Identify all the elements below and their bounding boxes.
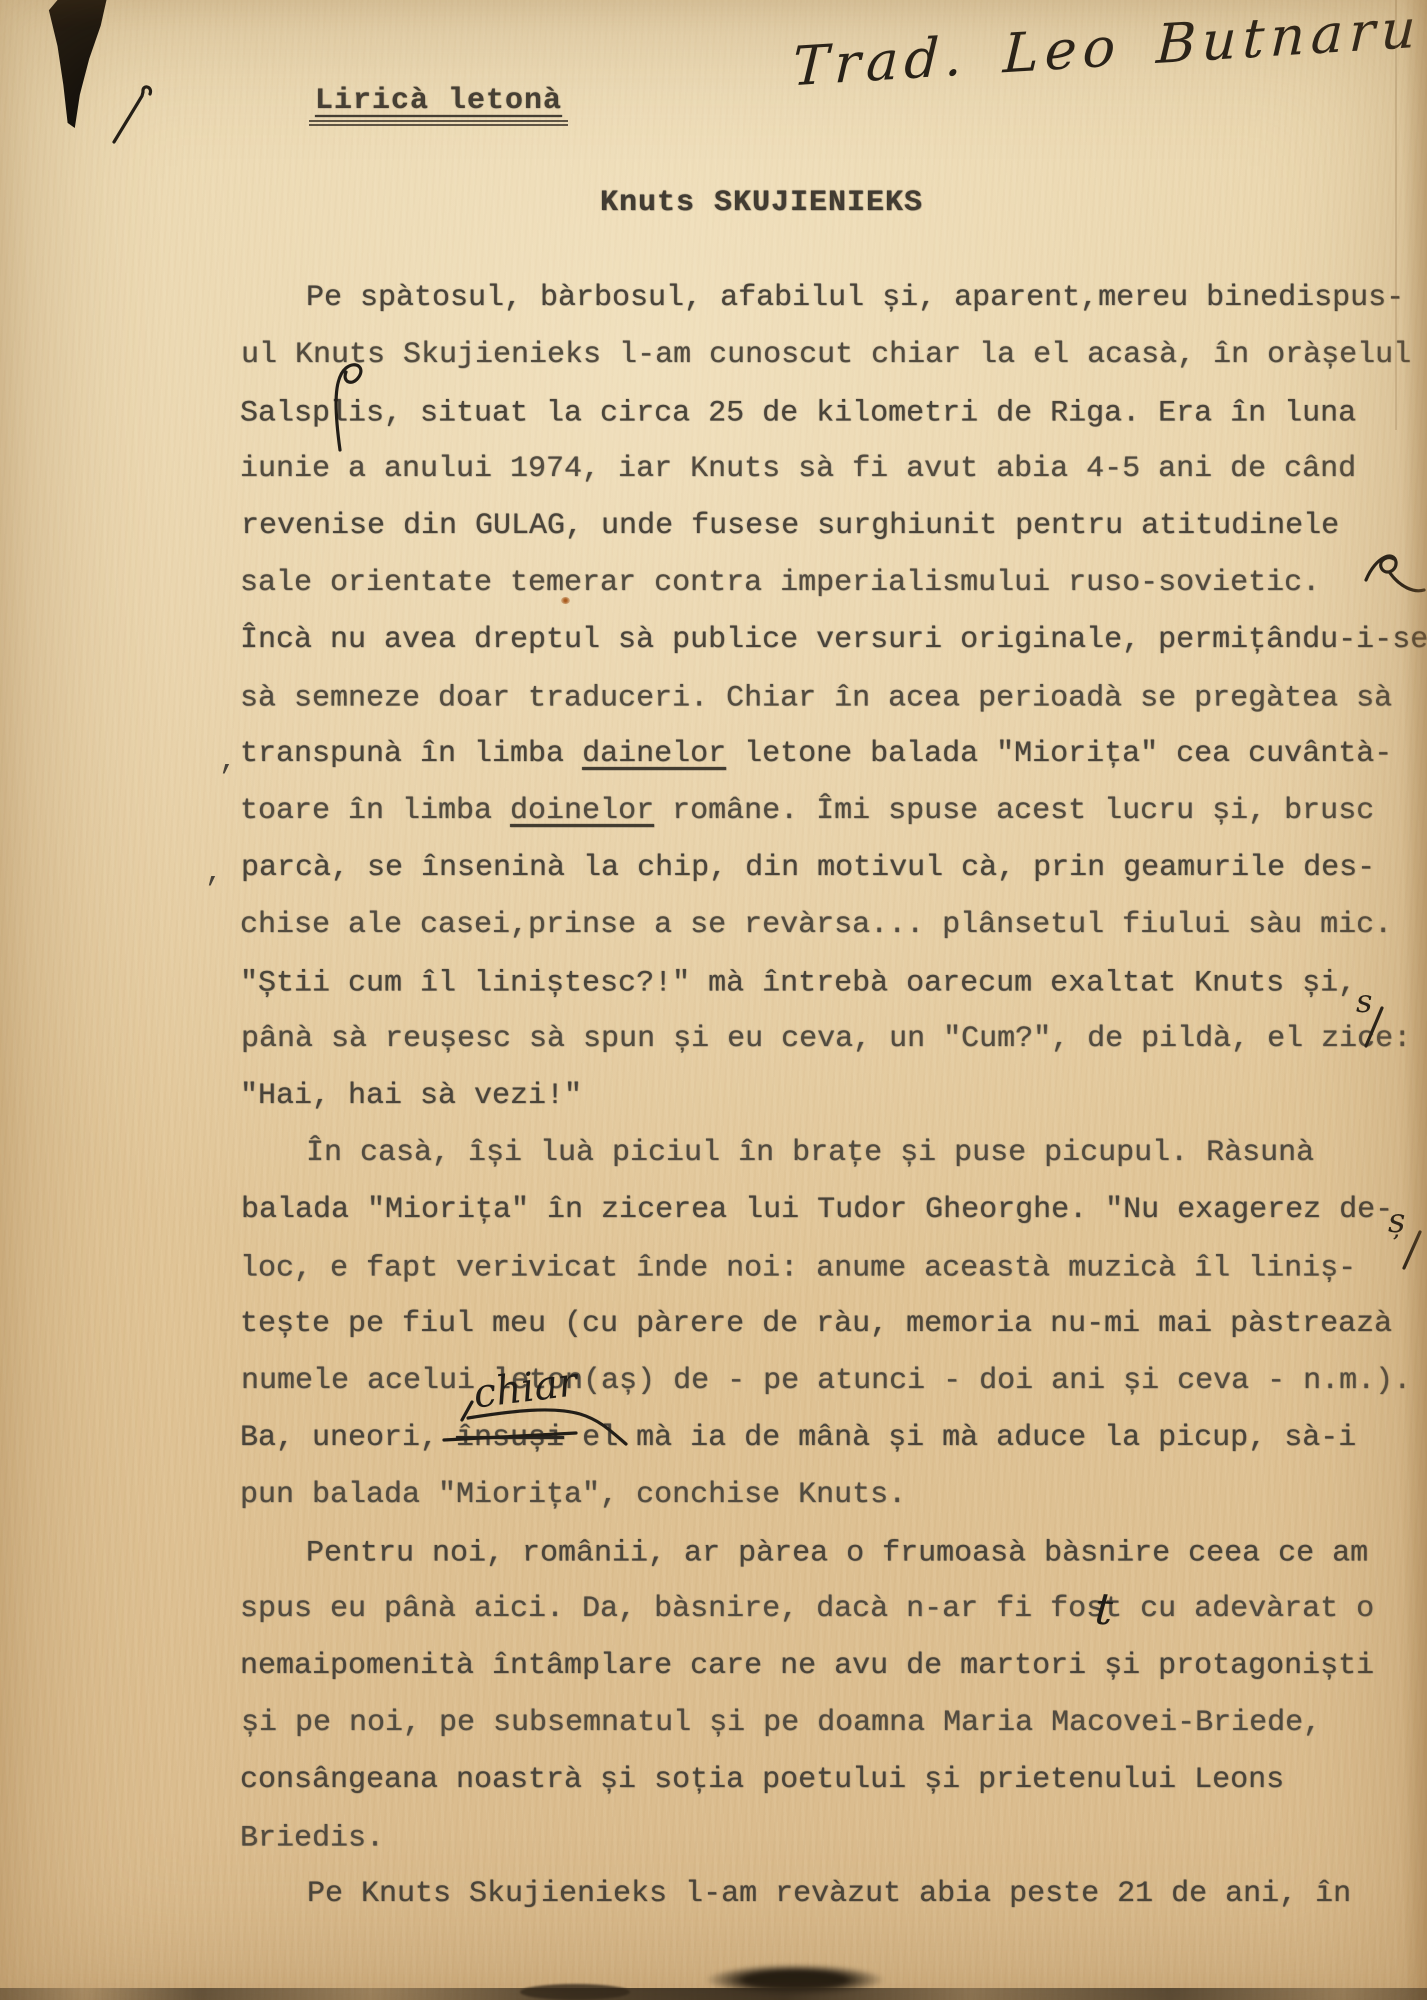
- line-text: el mà ia de mânà și mà aduce la picup, s…: [564, 1421, 1356, 1455]
- stray-ink-comma: ,: [219, 744, 237, 778]
- line-text: Ba, uneori,: [240, 1421, 456, 1455]
- underlined-word: dainelor: [582, 737, 726, 771]
- typescript-line: numele acelui leton(aș) de - pe atunci -…: [241, 1353, 1427, 1410]
- stray-ink-comma: ,: [205, 856, 223, 890]
- line-text: "Hai, hai sà vezi!": [240, 1079, 582, 1113]
- typescript-line: În casà, își luà piciul în brațe și puse…: [240, 1125, 1427, 1182]
- scan-bottom-edge: [0, 1988, 1427, 2000]
- typescript-line: iunie a anului 1974, iar Knuts sà fi avu…: [240, 441, 1427, 498]
- line-text: ul Knuts Skujienieks l-am cunoscut chiar…: [241, 338, 1411, 372]
- underlined-word: doinelor: [510, 794, 654, 828]
- handwritten-loop-mark: [322, 360, 378, 456]
- typescript-line: balada "Miorița" în zicerea lui Tudor Gh…: [241, 1182, 1427, 1239]
- line-text: "Știi cum îl liniștesc?!" mà întrebà oar…: [240, 967, 1356, 1001]
- typescript-line: spus eu pânà aici. Da, bàsnire, dacà n-a…: [240, 1581, 1427, 1638]
- typescript-line: "Știi cum îl liniștesc?!" mà întrebà oar…: [240, 956, 1427, 1013]
- typescript-line: consângeana noastrà și soția poetului și…: [240, 1752, 1427, 1809]
- page-right-edge-shadow: [1403, 0, 1427, 2000]
- pen-slash-mark: [104, 84, 162, 150]
- typescript-line: Pe Knuts Skujienieks l-am revàzut abia p…: [241, 1866, 1427, 1923]
- typescript-line: loc, e fapt verivicat înde noi: anume ac…: [240, 1241, 1427, 1298]
- typescript-line: parcà, se înseninà la chip, din motivul …: [241, 840, 1427, 897]
- document-title: Liricà letonà: [309, 84, 568, 126]
- typescript-line: Pentru noi, românii, ar pàrea o frumoasà…: [240, 1526, 1427, 1583]
- line-text: numele acelui leton(aș) de - pe atunci -…: [241, 1364, 1411, 1398]
- rust-spot: [561, 597, 570, 604]
- typescript-line: și pe noi, pe subsemnatul și pe doamna M…: [241, 1695, 1427, 1752]
- typescript-line: Pe spàtosul, bàrbosul, afabilul și, apar…: [240, 270, 1427, 327]
- author-heading: Knuts SKUJIENIEKS: [600, 186, 923, 220]
- typescript-line: revenise din GULAG, unde fusese surghiun…: [241, 498, 1427, 555]
- line-text: Pe spàtosul, bàrbosul, afabilul și, apar…: [306, 281, 1404, 315]
- line-text: sale orientate temerar contra imperialis…: [240, 566, 1320, 600]
- line-text: spus eu pânà aici. Da, bàsnire, dacà n-a…: [240, 1592, 1374, 1626]
- typescript-line: Briedis.: [240, 1811, 1427, 1868]
- typescript-line: tește pe fiul meu (cu pàrere de ràu, mem…: [240, 1296, 1427, 1353]
- line-text: consângeana noastrà și soția poetului și…: [240, 1763, 1284, 1797]
- typescript-line: "Hai, hai sà vezi!": [240, 1068, 1427, 1125]
- scanned-typescript-page: { "document": { "title": "Liricà letonà"…: [0, 0, 1427, 2000]
- line-text: loc, e fapt verivicat înde noi: anume ac…: [240, 1252, 1356, 1286]
- typescript-line: ul Knuts Skujienieks l-am cunoscut chiar…: [241, 327, 1427, 384]
- typescript-body: Pe spàtosul, bàrbosul, afabilul și, apar…: [240, 270, 1427, 1923]
- typescript-line: sale orientate temerar contra imperialis…: [240, 555, 1427, 612]
- typescript-line: pânà sà reușesc sà spun și eu ceva, un "…: [241, 1011, 1427, 1068]
- line-text: nemaipomenità întâmplare care ne avu de …: [240, 1649, 1374, 1683]
- line-text: transpunà în limba: [240, 737, 582, 771]
- handwritten-correction-s: s: [1348, 980, 1396, 1052]
- correction-s-text: s: [1356, 982, 1372, 1020]
- line-text: Încà nu avea dreptul sà publice versuri …: [240, 623, 1427, 657]
- typescript-line: nemaipomenità întâmplare care ne avu de …: [240, 1638, 1427, 1695]
- typescript-line: sà semneze doar traduceri. Chiar în acea…: [240, 671, 1427, 728]
- line-text: revenise din GULAG, unde fusese surghiun…: [241, 509, 1339, 543]
- typescript-line: chise ale casei,prinse a se revàrsa... p…: [240, 897, 1427, 954]
- line-text: Salsplis, situat la circa 25 de kilometr…: [240, 397, 1356, 431]
- line-text: Pe Knuts Skujienieks l-am revàzut abia p…: [307, 1877, 1351, 1911]
- line-text: pânà sà reușesc sà spun și eu ceva, un "…: [241, 1022, 1411, 1056]
- line-text: parcà, se înseninà la chip, din motivul …: [241, 851, 1375, 885]
- chiar-insert-text: chiar: [471, 1359, 583, 1418]
- typescript-line: Încà nu avea dreptul sà publice versuri …: [240, 612, 1427, 669]
- line-text: și pe noi, pe subsemnatul și pe doamna M…: [241, 1706, 1321, 1740]
- typescript-line: transpunà în limba dainelor letone balad…: [240, 726, 1427, 783]
- typescript-line: pun balada "Miorița", conchise Knuts.: [240, 1467, 1427, 1524]
- line-text: române. Îmi spuse acest lucru și, brusc: [654, 794, 1374, 828]
- line-text: Briedis.: [240, 1822, 384, 1856]
- typescript-line: toare în limba doinelor române. Îmi spus…: [240, 783, 1427, 840]
- line-text: chise ale casei,prinse a se revàrsa... p…: [240, 908, 1392, 942]
- line-text: În casà, își luà piciul în brațe și puse…: [306, 1136, 1314, 1170]
- translator-signature: Trad. Leo Butnaru: [791, 0, 1427, 98]
- line-text: Pentru noi, românii, ar pàrea o frumoasà…: [306, 1537, 1368, 1571]
- line-text: iunie a anului 1974, iar Knuts sà fi avu…: [240, 452, 1356, 486]
- line-text: pun balada "Miorița", conchise Knuts.: [240, 1478, 906, 1512]
- line-text: letone balada "Miorița" cea cuvântà-: [726, 737, 1392, 771]
- line-text: sà semneze doar traduceri. Chiar în acea…: [240, 682, 1392, 716]
- typescript-line: Ba, uneori, însuși el mà ia de mânà și m…: [240, 1410, 1427, 1467]
- line-text: toare în limba: [240, 794, 510, 828]
- line-text: balada "Miorița" în zicerea lui Tudor Gh…: [241, 1193, 1393, 1227]
- line-text: tește pe fiul meu (cu pàrere de ràu, mem…: [240, 1307, 1392, 1341]
- typescript-line: Salsplis, situat la circa 25 de kilometr…: [240, 386, 1427, 443]
- handwritten-correction-chiar: chiar: [428, 1356, 668, 1460]
- paper-crease: [1395, 0, 1397, 430]
- handwritten-correction-t: t: [1093, 1583, 1114, 1635]
